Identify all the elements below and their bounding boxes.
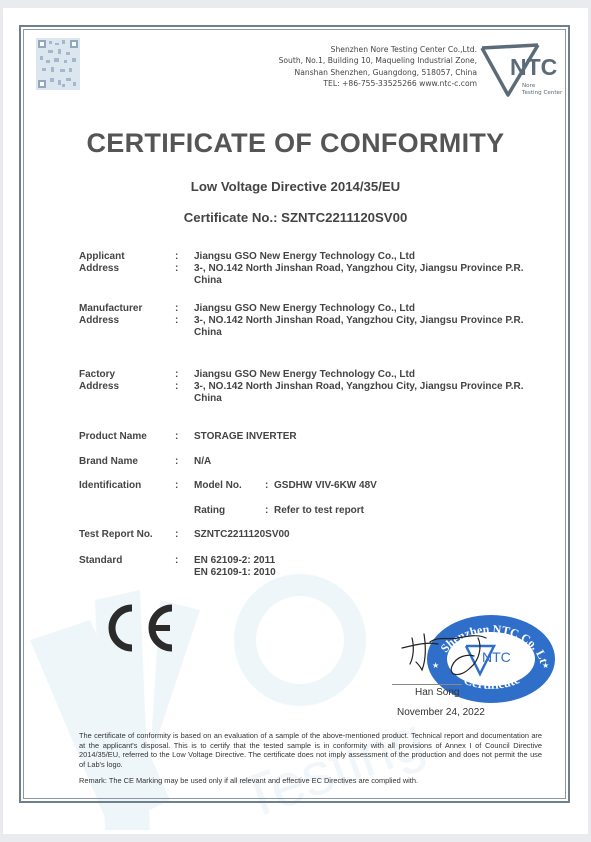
factory-value: Jiangsu GSO New Energy Technology Co., L…: [194, 369, 415, 382]
svg-text:Nore: Nore: [522, 83, 536, 89]
test-report-label: Test Report No.: [79, 529, 153, 542]
standard-value-2: EN 62109-1: 2010: [194, 567, 276, 580]
certificate-title: CERTIFICATE OF CONFORMITY: [0, 128, 591, 159]
directive-subtitle: Low Voltage Directive 2014/35/EU: [0, 179, 591, 194]
model-no-label: Model No.: [194, 480, 242, 493]
lab-address-line2: Nanshan Shenzhen, Guangdong, 518057, Chi…: [279, 67, 477, 78]
svg-text:★: ★: [542, 661, 549, 670]
manufacturer-label: Manufacturer: [79, 303, 142, 316]
applicant-address-label: Address: [79, 263, 119, 276]
applicant-address-value: 3-, NO.142 North Jinshan Road, Yangzhou …: [194, 263, 524, 276]
factory-address-value: 3-, NO.142 North Jinshan Road, Yangzhou …: [194, 381, 524, 394]
identification-label: Identification: [79, 480, 141, 493]
lab-address-line1: South, No.1, Building 10, Maqueling Indu…: [279, 55, 477, 66]
brand-name-value: N/A: [194, 456, 211, 469]
rating-value: Refer to test report: [274, 505, 364, 518]
applicant-value: Jiangsu GSO New Energy Technology Co., L…: [194, 251, 415, 264]
product-name-value: STORAGE INVERTER: [194, 431, 297, 444]
rating-label: Rating: [194, 505, 225, 518]
qr-code-icon: [36, 38, 80, 90]
remark-text: Remark: The CE Marking may be used only …: [79, 776, 418, 785]
brand-name-label: Brand Name: [79, 456, 138, 469]
svg-text:NTC: NTC: [510, 54, 557, 80]
manufacturer-address-label: Address: [79, 315, 119, 328]
lab-phone-web: TEL: +86-755-33525266 www.ntc-c.com: [279, 78, 477, 89]
manufacturer-address-value: 3-, NO.142 North Jinshan Road, Yangzhou …: [194, 315, 524, 328]
lab-contact-block: Shenzhen Nore Testing Center Co.,Ltd. So…: [279, 44, 477, 89]
lab-name: Shenzhen Nore Testing Center Co.,Ltd.: [279, 44, 477, 55]
handwritten-signature-icon: [398, 626, 506, 680]
manufacturer-value: Jiangsu GSO New Energy Technology Co., L…: [194, 303, 415, 316]
issue-date: November 24, 2022: [397, 707, 485, 718]
product-name-label: Product Name: [79, 431, 147, 444]
svg-text:Testing Center: Testing Center: [521, 90, 563, 96]
model-no-value: GSDHW VIV-6KW 48V: [274, 480, 377, 493]
applicant-label: Applicant: [79, 251, 125, 264]
standard-value-1: EN 62109-2: 2011: [194, 555, 275, 568]
signature-line: [392, 684, 462, 685]
test-report-value: SZNTC2211120SV00: [194, 529, 290, 542]
standard-label: Standard: [79, 555, 122, 568]
signer-name: Han Song: [415, 687, 459, 698]
ntc-triangle-logo-icon: NTC Nore Testing Center: [480, 43, 575, 98]
disclaimer-text: The certificate of conformity is based o…: [79, 731, 542, 769]
ce-mark-icon: [102, 604, 180, 652]
factory-label: Factory: [79, 369, 115, 382]
factory-address-label: Address: [79, 381, 119, 394]
certificate-number: Certificate No.: SZNTC2211120SV00: [0, 210, 591, 225]
